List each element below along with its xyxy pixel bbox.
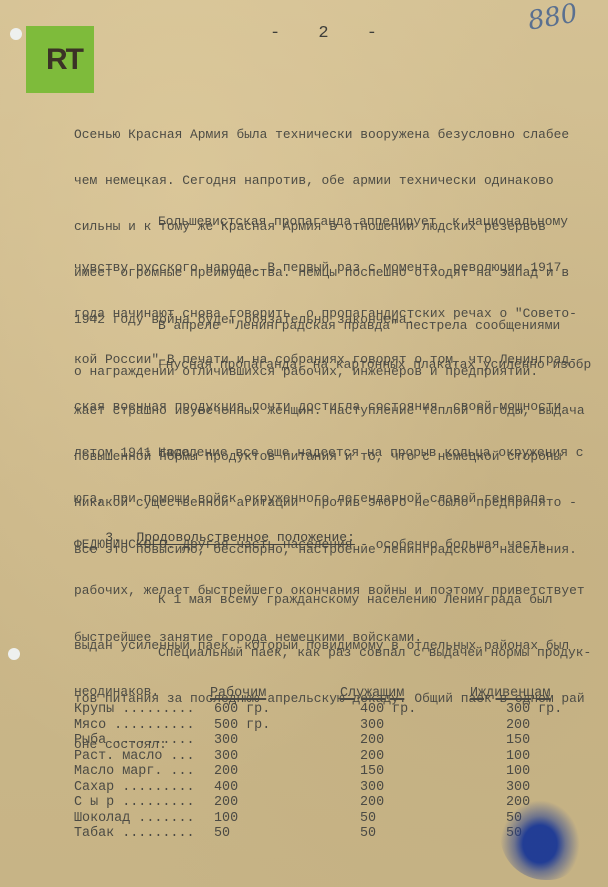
rt-logo: RT	[26, 26, 94, 93]
text-line: Гнусная пропаганда, на картонных плаката…	[74, 357, 608, 372]
document-page: RT 880 - 2 - Осенью Красная Армия была т…	[0, 0, 608, 887]
text-line: К 1 мая всему гражданскому населению Лен…	[74, 592, 608, 607]
page-number: - 2 -	[270, 24, 391, 43]
text-line: Специальный паек, как раз совпал с выдач…	[74, 645, 608, 660]
handwritten-number: 880	[526, 0, 587, 39]
punch-hole	[8, 648, 20, 660]
text-line: Осенью Красная Армия была технически воо…	[74, 127, 608, 142]
text-line: юга, при помощи войск окруженного легенд…	[74, 491, 608, 506]
section-heading: 3. Продовольственное положение:	[74, 515, 355, 560]
header-employees: Служащим	[340, 686, 404, 702]
ink-stamp	[500, 800, 580, 880]
header-workers: Рабочим	[210, 686, 266, 702]
text-line: Население все еще надеется на прорыв кол…	[74, 445, 608, 460]
text-line: чувству русского народа. В первый раз с …	[74, 260, 608, 275]
text-line: Большевистская пропаганда аппелирует к н…	[74, 214, 608, 229]
section-number: 3.	[105, 530, 121, 545]
section-title: Продовольственное положение:	[136, 530, 354, 545]
punch-hole	[10, 28, 22, 40]
header-dependents: Иждивенцам	[470, 686, 550, 702]
